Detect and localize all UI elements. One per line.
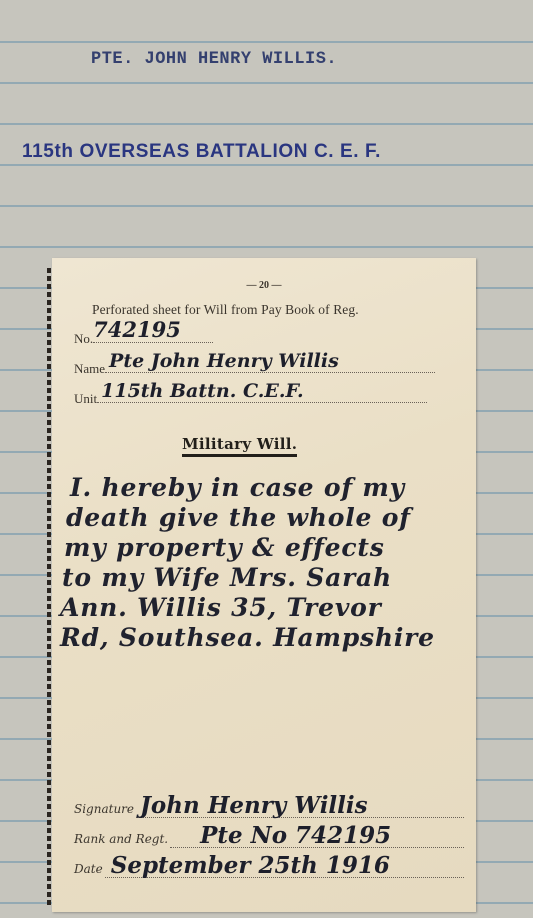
page-number: — 20 — <box>52 280 476 291</box>
number-value: 742195 <box>93 317 181 342</box>
date-line: September 25th 1916 <box>105 849 464 878</box>
name-field: Name Pte John Henry Willis <box>74 356 435 377</box>
number-line: 742195 <box>93 326 213 343</box>
rank-regt-label: Rank and Regt. <box>74 832 168 848</box>
signature-block: Signature John Henry Willis Rank and Reg… <box>74 788 464 878</box>
battalion-stamp: 115th OVERSEAS BATTALION C. E. F. <box>22 141 381 163</box>
unit-line: 115th Battn. C.E.F. <box>97 386 427 403</box>
number-label: No. <box>74 331 93 347</box>
date-label: Date <box>74 862 103 878</box>
typed-soldier-name: PTE. JOHN HENRY WILLIS. <box>91 50 337 70</box>
will-line: I. hereby in case of my <box>60 473 480 503</box>
number-field: No. 742195 <box>74 326 213 347</box>
form-header: Perforated sheet for Will from Pay Book … <box>92 302 359 318</box>
unit-label: Unit <box>74 391 97 407</box>
unit-value: 115th Battn. C.E.F. <box>101 380 304 402</box>
date-row: Date September 25th 1916 <box>74 848 464 878</box>
military-will-card: — 20 — Perforated sheet for Will from Pa… <box>52 258 476 912</box>
rank-regt-line: Pte No 742195 <box>170 819 464 848</box>
name-value: Pte John Henry Willis <box>109 350 339 372</box>
signature-line: John Henry Willis <box>136 789 464 818</box>
will-line: to my Wife Mrs. Sarah <box>60 563 480 593</box>
perforated-edge <box>47 268 51 908</box>
name-line: Pte John Henry Willis <box>105 356 435 373</box>
military-will-title: Military Will. <box>182 435 297 457</box>
signature-label: Signature <box>74 802 134 818</box>
rank-regt-value: Pte No 742195 <box>200 822 391 849</box>
will-text: I. hereby in case of my death give the w… <box>60 473 480 653</box>
will-line: my property & effects <box>60 533 480 563</box>
signature-row: Signature John Henry Willis <box>74 788 464 818</box>
date-value: September 25th 1916 <box>111 852 390 879</box>
will-line: death give the whole of <box>60 503 480 533</box>
name-label: Name <box>74 361 105 377</box>
will-line: Rd, Southsea. Hampshire <box>60 623 480 653</box>
will-line: Ann. Willis 35, Trevor <box>60 593 480 623</box>
signature-value: John Henry Willis <box>140 792 368 819</box>
unit-field: Unit 115th Battn. C.E.F. <box>74 386 427 407</box>
rank-regt-row: Rank and Regt. Pte No 742195 <box>74 818 464 848</box>
